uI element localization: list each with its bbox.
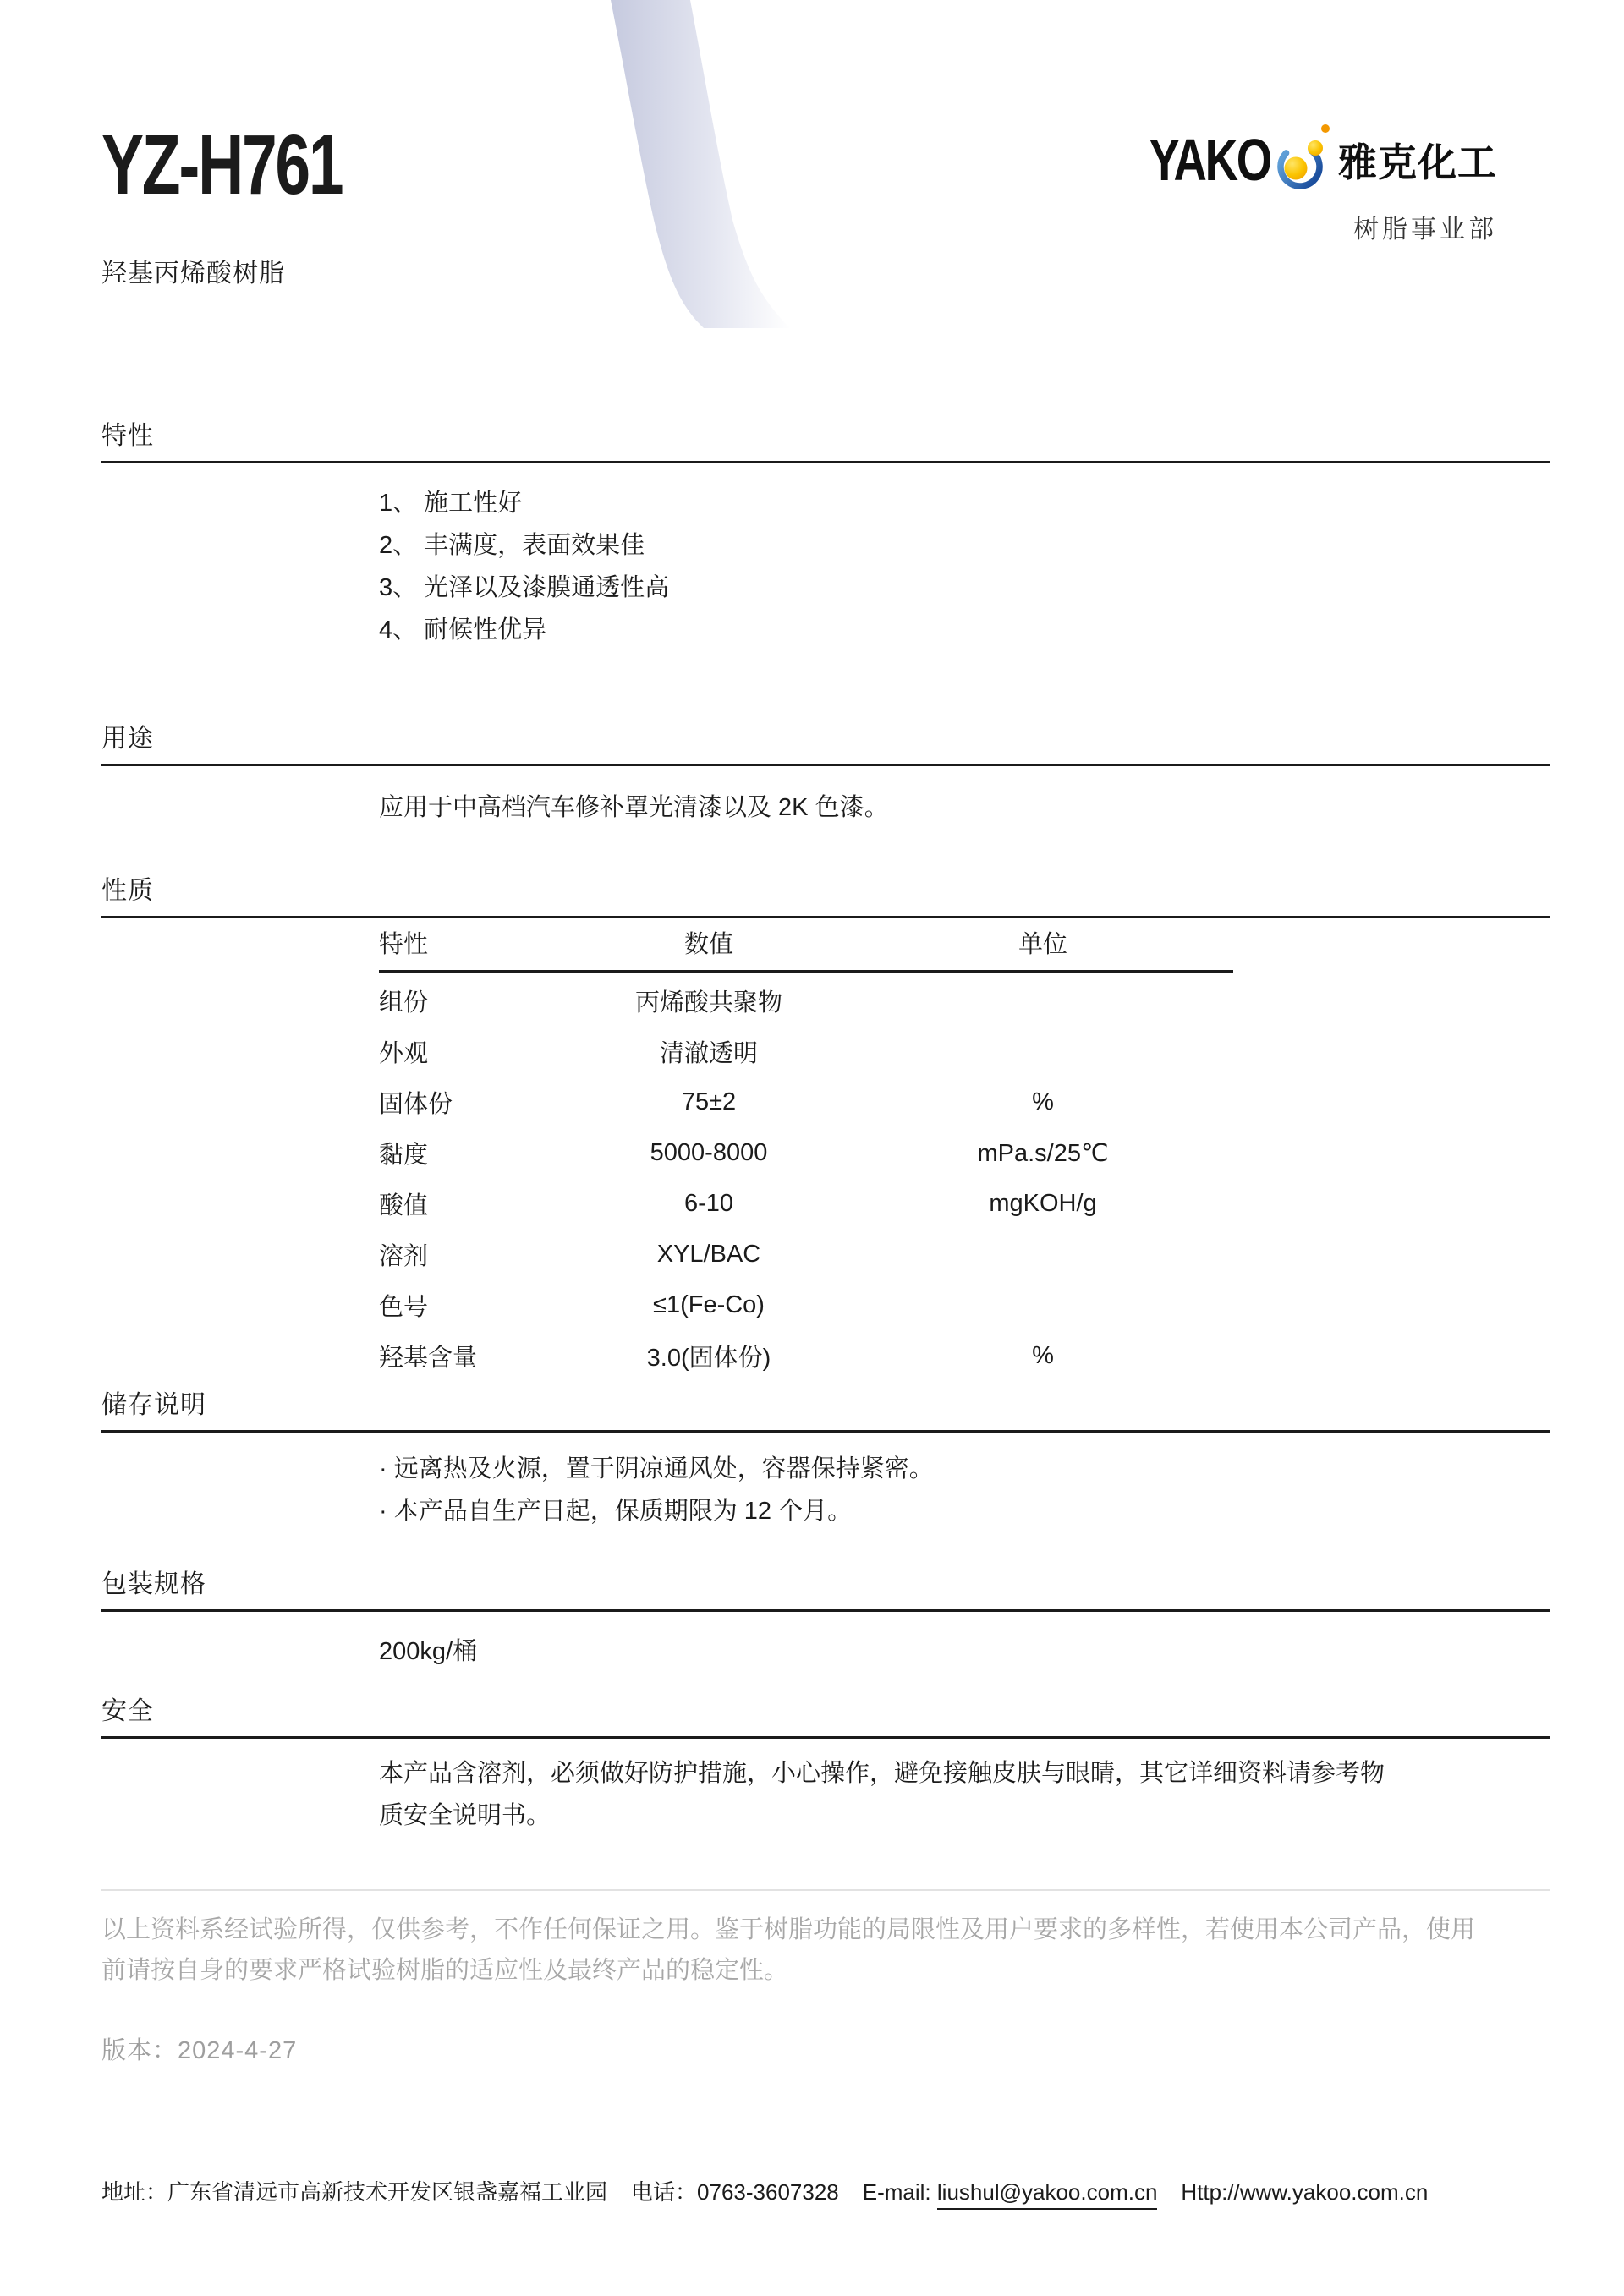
section-rule <box>101 1736 1550 1739</box>
orbit-logo-icon <box>1272 120 1333 193</box>
col-header-unit: 单位 <box>853 925 1233 960</box>
property-unit-cell: mPa.s/25℃ <box>853 1138 1233 1168</box>
property-value-cell: 6-10 <box>565 1190 853 1218</box>
property-value-cell: 5000-8000 <box>565 1139 853 1167</box>
brand-logo-row: YAKO 雅克化工 <box>1115 123 1497 196</box>
section-heading-packaging: 包装规格 <box>101 1563 206 1600</box>
section-rule <box>101 461 1550 463</box>
address-label: 地址： <box>101 2179 167 2205</box>
brand-company-name: 雅克化工 <box>1338 132 1497 188</box>
page-subtitle: 羟基丙烯酸树脂 <box>101 252 285 289</box>
section-heading-storage: 储存说明 <box>101 1384 206 1421</box>
property-name-cell: 组份 <box>379 984 565 1018</box>
feature-item: 1、 施工性好 <box>379 482 669 524</box>
properties-table-header: 特性 数值 单位 <box>379 925 1233 973</box>
version-text: 版本：2024-4-27 <box>101 2031 297 2066</box>
packaging-text: 200kg/桶 <box>379 1632 477 1667</box>
property-name-cell: 色号 <box>379 1288 565 1323</box>
table-row: 固体份 75±2 % <box>379 1077 1233 1127</box>
feature-item: 3、 光泽以及漆膜通透性高 <box>379 567 669 609</box>
table-row: 外观 清澈透明 <box>379 1026 1233 1077</box>
section-heading-usage: 用途 <box>101 717 154 754</box>
feature-item: 2、 丰满度，表面效果佳 <box>379 524 669 567</box>
orbit-small-ball <box>1308 140 1323 156</box>
safety-text: 本产品含溶剂，必须做好防护措施，小心操作，避免接触皮肤与眼睛，其它详细资料请参考… <box>379 1752 1402 1837</box>
property-value-cell: 75±2 <box>565 1088 853 1116</box>
usage-text: 应用于中高档汽车修补罩光清漆以及 2K 色漆。 <box>379 788 889 823</box>
col-header-value: 数值 <box>565 925 853 960</box>
email-group: E-mail: liushul@yakoo.com.cn <box>863 2179 1158 2206</box>
contact-line: 地址：广东省清远市高新技术开发区银盏嘉福工业园 电话：0763-3607328 … <box>101 2175 1428 2206</box>
table-row: 组份 丙烯酸共聚物 <box>379 975 1233 1026</box>
property-name-cell: 黏度 <box>379 1136 565 1170</box>
property-name-cell: 外观 <box>379 1034 565 1069</box>
brand-block: YAKO 雅克化工 <box>1115 123 1497 245</box>
property-value-cell: 丙烯酸共聚物 <box>565 984 853 1018</box>
table-row: 溶剂 XYL/BAC <box>379 1229 1233 1280</box>
section-heading-features: 特性 <box>101 414 154 452</box>
brand-division: 树脂事业部 <box>1115 208 1497 245</box>
property-unit-cell: % <box>853 1342 1233 1370</box>
section-rule <box>101 1609 1550 1612</box>
orbit-big-ball <box>1285 157 1308 180</box>
property-name-cell: 酸值 <box>379 1186 565 1221</box>
table-row: 色号 ≤1(Fe-Co) <box>379 1280 1233 1330</box>
storage-list: · 远离热及火源，置于阴凉通风处，容器保持紧密。 · 本产品自生产日起，保质期限… <box>379 1448 934 1532</box>
property-unit-cell: % <box>853 1088 1233 1116</box>
section-heading-properties: 性质 <box>101 869 154 907</box>
feature-item: 4、 耐候性优异 <box>379 609 669 651</box>
email-label: E-mail: <box>863 2179 931 2205</box>
phone-label: 电话： <box>631 2179 697 2205</box>
table-row: 黏度 5000-8000 mPa.s/25℃ <box>379 1127 1233 1178</box>
storage-item: · 本产品自生产日起，保质期限为 12 个月。 <box>379 1490 934 1532</box>
properties-table-body: 组份 丙烯酸共聚物 外观 清澈透明 固体份 75±2 % 黏度 5000-800… <box>379 975 1233 1381</box>
features-list: 1、 施工性好 2、 丰满度，表面效果佳 3、 光泽以及漆膜通透性高 4、 耐候… <box>379 482 669 651</box>
section-heading-safety: 安全 <box>101 1690 154 1727</box>
website-text: Http://www.yakoo.com.cn <box>1181 2179 1428 2206</box>
properties-table: 特性 数值 单位 组份 丙烯酸共聚物 外观 清澈透明 固体份 75±2 % 黏度 <box>379 925 1233 1381</box>
datasheet-page: YZ-H761 羟基丙烯酸树脂 YAKO <box>0 0 1624 2296</box>
storage-item: · 远离热及火源，置于阴凉通风处，容器保持紧密。 <box>379 1448 934 1490</box>
property-name-cell: 溶剂 <box>379 1237 565 1272</box>
email-link[interactable]: liushul@yakoo.com.cn <box>937 2179 1158 2210</box>
disclaimer-text: 以上资料系经试验所得，仅供参考，不作任何保证之用。鉴于树脂功能的局限性及用户要求… <box>101 1910 1489 1991</box>
table-row: 羟基含量 3.0(固体份) % <box>379 1330 1233 1381</box>
orbit-dot <box>1321 124 1330 133</box>
section-rule <box>101 916 1550 918</box>
phone-value: 0763-3607328 <box>697 2179 839 2205</box>
phone-group: 电话：0763-3607328 <box>631 2175 839 2206</box>
footer-divider <box>101 1889 1550 1891</box>
address-group: 地址：广东省清远市高新技术开发区银盏嘉福工业园 <box>101 2175 607 2206</box>
page-title: YZ-H761 <box>101 123 342 207</box>
property-value-cell: XYL/BAC <box>565 1241 853 1269</box>
brand-logo-text: YAKO <box>1149 130 1270 189</box>
section-rule <box>101 1430 1550 1433</box>
property-value-cell: 3.0(固体份) <box>565 1339 853 1373</box>
property-name-cell: 固体份 <box>379 1085 565 1120</box>
table-row: 酸值 6-10 mgKOH/g <box>379 1178 1233 1229</box>
section-rule <box>101 764 1550 766</box>
property-value-cell: ≤1(Fe-Co) <box>565 1291 853 1319</box>
property-unit-cell: mgKOH/g <box>853 1190 1233 1218</box>
property-name-cell: 羟基含量 <box>379 1339 565 1373</box>
address-value: 广东省清远市高新技术开发区银盏嘉福工业园 <box>167 2179 607 2205</box>
property-value-cell: 清澈透明 <box>565 1034 853 1069</box>
col-header-property: 特性 <box>379 925 565 960</box>
